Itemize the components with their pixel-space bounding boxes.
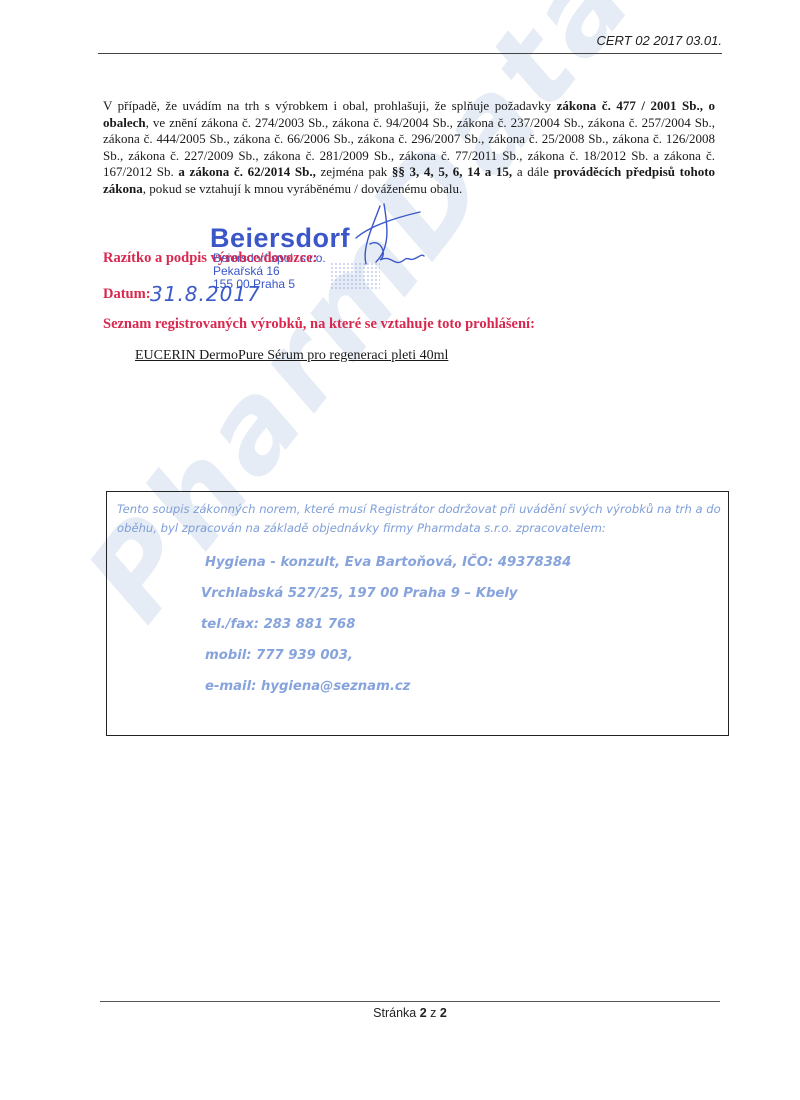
current-page: 2	[420, 1006, 427, 1020]
signature-label: Razítko a podpis výrobce/dovozce:	[103, 250, 317, 267]
of-word: z	[430, 1006, 436, 1020]
date-value: 31.8.2017	[150, 282, 261, 306]
declaration-segment: zejména pak	[316, 164, 392, 179]
date-label: Datum:	[103, 286, 151, 303]
declaration-segment: , pokud se vztahují k mnou vyráběnému / …	[143, 181, 463, 196]
page-word: Stránka	[373, 1006, 416, 1020]
processor-mobile: mobil: 777 939 003,	[205, 648, 353, 663]
products-heading: Seznam registrovaných výrobků, na které …	[103, 316, 535, 333]
processor-company: Hygiena - konzult, Eva Bartoňová, IČO: 4…	[205, 555, 571, 570]
product-item: EUCERIN DermoPure Sérum pro regeneraci p…	[135, 348, 448, 364]
footer-divider	[100, 1001, 720, 1002]
processor-email: e-mail: hygiena@seznam.cz	[205, 679, 410, 694]
declaration-segment: a zákona č. 62/2014 Sb.,	[178, 164, 315, 179]
declaration-segment: V případě, že uvádím na trh s výrobkem i…	[103, 98, 557, 113]
declaration-segment: a dále	[512, 164, 553, 179]
page-number: Stránka 2 z 2	[0, 1006, 800, 1020]
declaration-segment: §§ 3, 4, 5, 6, 14 a 15,	[392, 164, 512, 179]
declaration-paragraph: V případě, že uvádím na trh s výrobkem i…	[103, 98, 715, 198]
document-reference: CERT 02 2017 03.01.	[596, 33, 722, 48]
total-pages: 2	[440, 1006, 447, 1020]
processor-info-box: Tento soupis zákonných norem, které musí…	[106, 491, 729, 736]
header-divider	[98, 53, 722, 54]
signature-icon	[350, 198, 425, 278]
processor-address: Vrchlabská 527/25, 197 00 Praha 9 – Kbel…	[201, 586, 517, 601]
stamp-brand: Beiersdorf	[210, 224, 350, 252]
processor-intro: Tento soupis zákonných norem, které musí…	[117, 500, 722, 538]
processor-phone: tel./fax: 283 881 768	[201, 617, 355, 632]
